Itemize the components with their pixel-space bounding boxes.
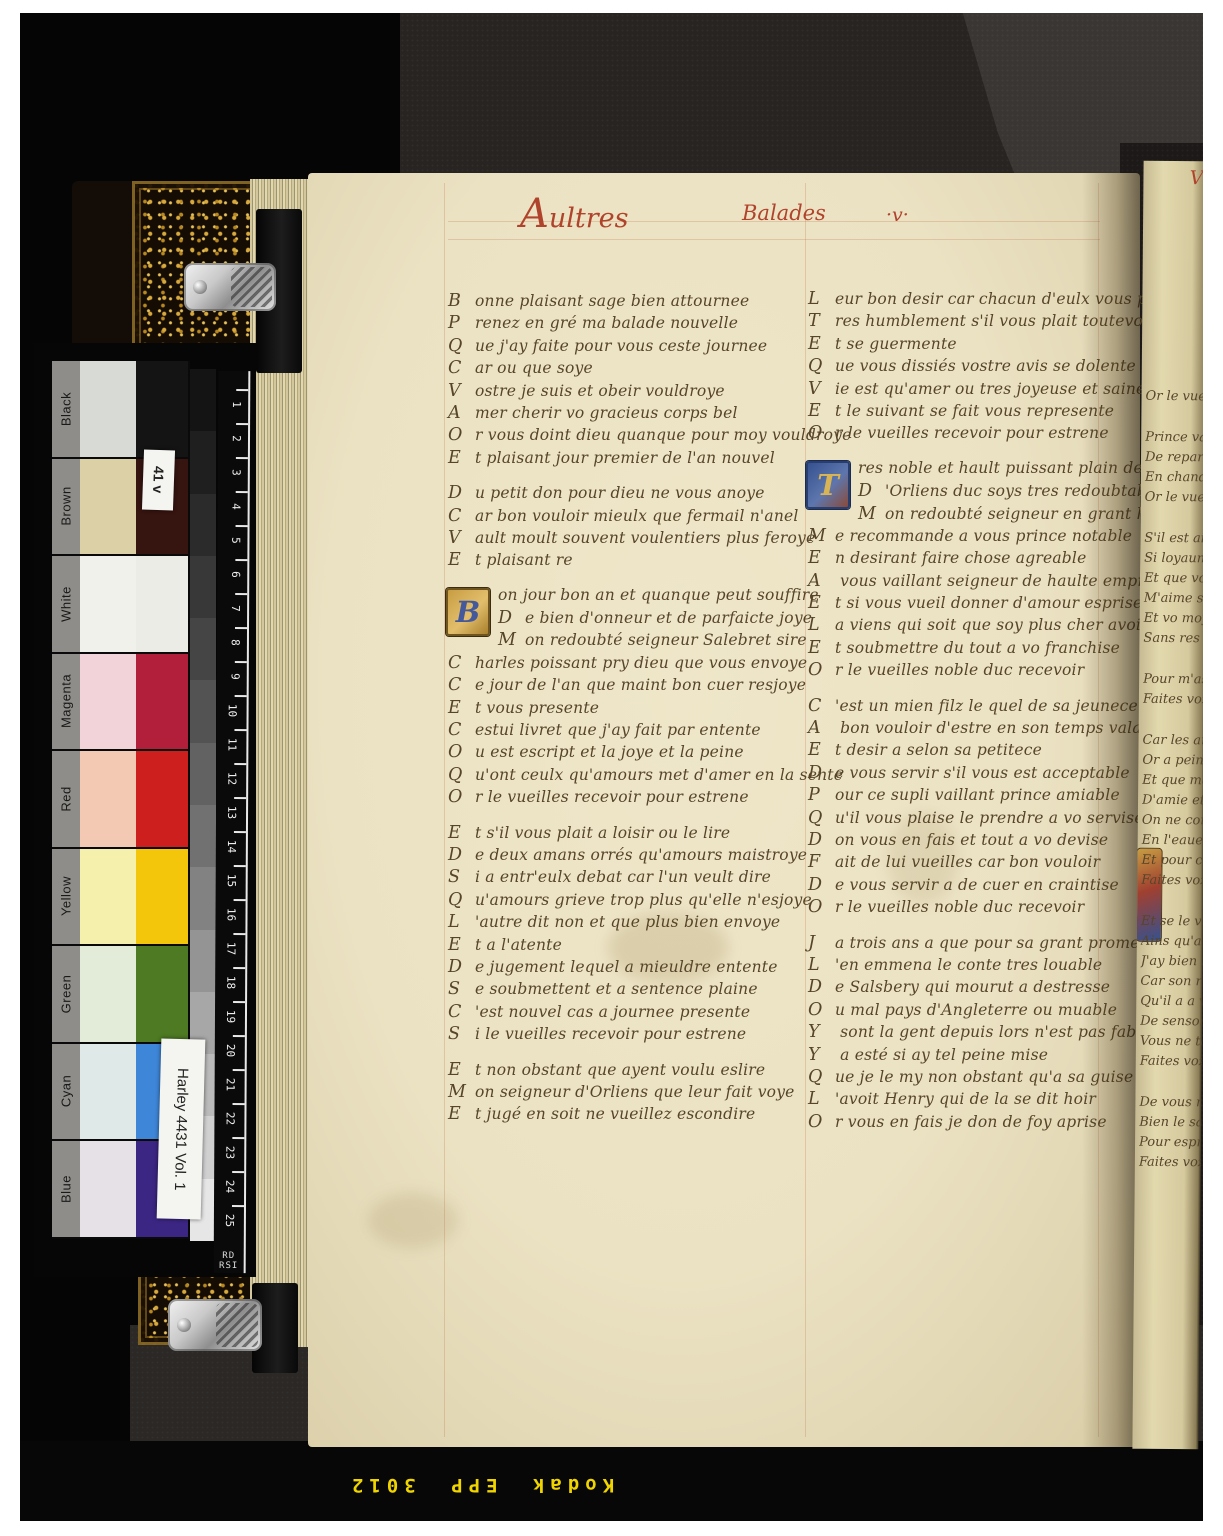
facing-line: J'ay bien raison — [1141, 954, 1203, 975]
ruler-segment: 25 — [214, 1205, 244, 1239]
line-initial: O — [808, 1112, 835, 1132]
ruler-segment: 10 — [216, 695, 246, 729]
ruler-number: 20 — [224, 1044, 237, 1057]
line-initial: E — [808, 638, 835, 658]
line-text: e deux amans orrés qu'amours maistroye — [475, 846, 807, 864]
ruler-number: 12 — [225, 772, 238, 785]
line-text: u'amours grieve trop plus qu'elle n'esjo… — [475, 891, 812, 909]
line-text: i le vueilles recevoir pour estrene — [475, 1025, 746, 1043]
color-chart-row: Yellow — [52, 849, 190, 945]
color-chart-label-cell: Brown — [52, 459, 80, 555]
line-text: t le suivant se fait vous represente — [835, 402, 1114, 420]
grayscale-step — [190, 930, 216, 992]
line-initial: L — [448, 912, 475, 932]
color-patch-tint — [80, 459, 136, 555]
grayscale-step — [190, 369, 216, 431]
line-initial: O — [448, 742, 475, 762]
line-text: 'est nouvel cas a journee presente — [475, 1003, 750, 1021]
film-stock-label: Kodak EPP 3012 — [320, 1460, 640, 1496]
ruler-tick — [233, 1103, 245, 1105]
line-text: r vous en fais je don de foy aprise — [835, 1113, 1107, 1131]
color-patch-tint — [80, 946, 136, 1042]
ruler-segment: 23 — [214, 1137, 244, 1171]
color-chart-row: Green — [52, 946, 190, 1042]
line-initial: D — [808, 977, 835, 997]
ruler-number: 23 — [223, 1146, 236, 1159]
line-initial: D — [448, 483, 475, 503]
facing-line: Car son renom d — [1140, 974, 1203, 995]
line-initial: T — [808, 311, 835, 331]
grayscale-step — [190, 805, 216, 867]
facing-line: M'aime si fort et — [1144, 591, 1203, 612]
manuscript-line: Que j'ay faite pour vous ceste journee — [448, 336, 818, 358]
color-chart-label-cell: Blue — [52, 1141, 80, 1237]
manuscript-line: Et a l'atente — [448, 935, 818, 957]
line-initial: L — [808, 289, 835, 309]
ruler-tick — [236, 423, 248, 425]
facing-line: Faites voz fais — [1139, 1155, 1203, 1176]
ruler-number: 13 — [225, 806, 238, 819]
color-chart-label: Red — [59, 786, 74, 811]
ruler-number: 7 — [229, 605, 242, 612]
color-chart-label: Green — [59, 974, 74, 1013]
line-text: our ce supli vaillant prince amiable — [835, 786, 1120, 804]
facing-line: Et vo moy sans p — [1144, 611, 1203, 632]
color-chart-label-cell: Black — [52, 361, 80, 457]
color-patch-solid — [136, 654, 188, 750]
line-initial: E — [808, 401, 835, 421]
line-initial: C — [448, 506, 475, 526]
ruler-tick — [234, 797, 246, 799]
line-text: t plaisant re — [475, 551, 573, 569]
line-initial: V — [448, 381, 475, 401]
ruler-segment: 4 — [218, 491, 248, 525]
facing-line: Pour m'asseurer — [1143, 672, 1203, 693]
ruler-tick — [236, 457, 248, 459]
line-text: estui livret que j'ay fait par entente — [475, 721, 761, 739]
line-initial: L — [808, 615, 835, 635]
color-patch-tint — [80, 361, 136, 457]
line-initial: S — [448, 979, 475, 999]
ruler-tick — [234, 865, 246, 867]
color-chart-row: Red — [52, 751, 190, 847]
ruler-number: 3 — [230, 469, 243, 476]
ruler: 1234567891011121314151617181920212223242… — [214, 371, 251, 1273]
manuscript-line: Cestui livret que j'ay fait par entente — [448, 720, 818, 742]
ruler-tick — [233, 1069, 245, 1071]
folio-number-text: 41 v — [150, 466, 167, 494]
line-text: ar bon vouloir mieulx que fermail n'anel — [475, 507, 799, 525]
line-initial: C — [448, 653, 475, 673]
facing-line: On ne congnoit — [1142, 813, 1203, 834]
manuscript-line: Charles poissant pry dieu que vous envoy… — [448, 653, 818, 675]
line-text: n desirant faire chose agreable — [835, 549, 1086, 567]
line-initial: D — [448, 845, 475, 865]
ruler-tick — [235, 627, 247, 629]
facing-page-edge: V Or le vueilles recPrince vaillant qDe … — [1132, 161, 1203, 1450]
facing-stanza: Car les amans fOr a peine non obEt que m… — [1141, 733, 1203, 894]
color-chart-row: White — [52, 556, 190, 652]
ruler-segment: 17 — [215, 933, 245, 967]
grayscale-step — [190, 556, 216, 618]
color-chart-label: Magenta — [59, 674, 74, 728]
line-initial: D — [448, 957, 475, 977]
ruler-tick — [232, 1137, 244, 1139]
line-initial: O — [448, 425, 475, 445]
line-text: e soubmettent et a sentence plaine — [475, 980, 758, 998]
book-cover-edge — [72, 181, 138, 361]
color-chart-row: Magenta — [52, 654, 190, 750]
line-initial: E — [448, 935, 475, 955]
facing-line: Pour esprouver — [1139, 1135, 1203, 1156]
line-initial: L — [808, 1089, 835, 1109]
line-initial: E — [808, 593, 835, 613]
ruler-segment: 3 — [218, 457, 248, 491]
manuscript-line: Qu'amours grieve trop plus qu'elle n'esj… — [448, 890, 818, 912]
facing-page-lines: Or le vueilles recPrince vaillant qDe re… — [1139, 389, 1203, 1197]
manuscript-line: Et plaisant re — [448, 550, 818, 572]
ruler-segment: 11 — [216, 729, 246, 763]
line-text: t desir a selon sa petitece — [835, 741, 1042, 759]
facing-line: Faites voz fais a — [1141, 873, 1203, 894]
line-text: mer cherir vo gracieus corps bel — [475, 404, 738, 422]
ruler-segment: 24 — [214, 1171, 244, 1205]
ruling-line-horizontal — [448, 239, 1100, 240]
stanza: Et s'il vous plait a loisir ou le lireDe… — [448, 823, 818, 1047]
photo-mount: Kodak EPP 3012 BlackBrownWhiteMagentaRed… — [0, 0, 1223, 1536]
facing-line: Or le vueilles rec — [1145, 389, 1203, 410]
ruler-tick — [234, 831, 246, 833]
photo-area: Kodak EPP 3012 BlackBrownWhiteMagentaRed… — [20, 13, 1203, 1521]
line-text: 'en emmena le conte tres louable — [835, 956, 1102, 974]
grayscale-step — [190, 618, 216, 680]
manuscript-page: Aultres Balades ·v· Bonne plaisant sage … — [308, 173, 1140, 1447]
ruling-line-vertical — [444, 183, 445, 1437]
illuminated-initial: T — [806, 461, 850, 509]
ruler-tick — [232, 1205, 244, 1207]
ruler-tick — [235, 695, 247, 697]
line-text: 'avoit Henry qui de la se dit hoir — [835, 1090, 1096, 1108]
ruler-segment: 7 — [217, 593, 247, 627]
ruler-tick — [234, 729, 246, 731]
line-initial: E — [808, 334, 835, 354]
line-text: ault moult souvent voulentiers plus fero… — [475, 529, 815, 547]
facing-page-rubric-mark: V — [1190, 167, 1203, 189]
line-text: t plaisant jour premier de l'an nouvel — [475, 449, 775, 467]
color-chart-label-cell: Red — [52, 751, 80, 847]
line-initial: Q — [808, 356, 835, 376]
facing-line: Et que mainte d — [1142, 773, 1203, 794]
line-text: e jour de l'an que maint bon cuer resjoy… — [475, 676, 806, 694]
line-initial: Q — [448, 336, 475, 356]
line-text: on jour bon an et quanque peut souffire — [498, 586, 819, 604]
manuscript-line: Si a entr'eulx debat car l'un veult dire — [448, 867, 818, 889]
color-patch-tint — [80, 1044, 136, 1140]
facing-stanza: Pour m'asseurerFaites voz fais a — [1143, 672, 1203, 713]
line-text: on seigneur d'Orliens que leur fait voye — [475, 1083, 795, 1101]
ruler-segment: 2 — [218, 423, 248, 457]
illuminated-initial: B — [446, 588, 490, 636]
line-initial: M — [808, 526, 835, 546]
line-text: r le vueilles noble duc recevoir — [835, 661, 1084, 679]
facing-line: En l'eaue faulse c — [1142, 833, 1203, 854]
color-chart-label: Black — [59, 392, 74, 426]
ruler-segment: 16 — [215, 899, 245, 933]
facing-line: Sans res semble — [1143, 631, 1203, 652]
line-text: harles poissant pry dieu que vous envoye — [475, 654, 807, 672]
manuscript-line: Or vous doint dieu quanque pour moy voul… — [448, 425, 818, 447]
stanza: Et non obstant que ayent voulu eslireMon… — [448, 1060, 818, 1127]
ruler-number: 16 — [224, 908, 237, 921]
color-patch-solid — [136, 556, 188, 652]
ruler-tick — [233, 1001, 245, 1003]
ruler-number: 9 — [229, 673, 242, 680]
line-text: t jugé en soit ne vueillez escondire — [475, 1105, 755, 1123]
manuscript-line: on jour bon an et quanque peut souffire — [448, 586, 818, 608]
ruler-number: 4 — [230, 503, 243, 510]
gutter-shadow — [1082, 173, 1140, 1447]
ruler-number: 25 — [223, 1214, 236, 1227]
grayscale-step — [190, 743, 216, 805]
color-chart-row: Black — [52, 361, 190, 457]
ruler-number: 21 — [223, 1078, 236, 1091]
line-initial: E — [808, 548, 835, 568]
ruler-number: 1 — [230, 401, 243, 408]
ruler-number: 22 — [223, 1112, 236, 1125]
line-text: t vous presente — [475, 699, 599, 717]
shelfmark-sticker: Harley 4431 Vol. 1 — [157, 1038, 206, 1219]
color-patch-solid — [136, 849, 188, 945]
folio-number-sticker: 41 v — [142, 449, 175, 510]
ruler-segment: 9 — [217, 661, 247, 695]
manuscript-line: Et non obstant que ayent voulu eslire — [448, 1060, 818, 1082]
line-initial: Y — [808, 1022, 835, 1042]
manuscript-line: Ce jour de l'an que maint bon cuer resjo… — [448, 675, 818, 697]
grayscale-step — [190, 680, 216, 742]
line-initial: O — [808, 660, 835, 680]
metal-clip-bottom — [168, 1299, 262, 1351]
color-chart-label-cell: Cyan — [52, 1044, 80, 1140]
manuscript-line: Vault moult souvent voulentiers plus fer… — [448, 528, 818, 550]
line-initial: D — [858, 481, 885, 501]
manuscript-line: Vostre je suis et obeir vouldroye — [448, 381, 818, 403]
manuscript-line: Et vous presente — [448, 698, 818, 720]
color-patch-tint — [80, 1141, 136, 1237]
grayscale-step — [190, 867, 216, 929]
line-initial: M — [858, 504, 885, 524]
color-patch-solid — [136, 361, 188, 457]
facing-line: Et se le vueil estr — [1141, 914, 1203, 935]
color-chart-label: White — [59, 586, 74, 622]
grayscale-step — [190, 494, 216, 556]
ruler-segment: 20 — [215, 1035, 245, 1069]
manuscript-line: Mon redoubté seigneur Salebret sire — [448, 630, 818, 652]
line-initial: D — [808, 830, 835, 850]
ruler-segment: 6 — [217, 559, 247, 593]
facing-line: En chandon ou d — [1145, 470, 1203, 491]
line-initial: C — [448, 720, 475, 740]
ruler-tick — [233, 933, 245, 935]
line-initial: C — [448, 675, 475, 695]
line-initial: E — [448, 1104, 475, 1124]
ruler-tick — [236, 389, 248, 391]
line-text: e jugement lequel a mieuldre entente — [475, 958, 778, 976]
line-initial: M — [448, 1082, 475, 1102]
grayscale-step — [190, 431, 216, 493]
facing-stanza: De vous mainez nBien le savez saPour esp… — [1139, 1095, 1203, 1176]
facing-line: Or a peine non ob — [1142, 753, 1203, 774]
ruler-number: 24 — [223, 1180, 236, 1193]
line-initial: O — [808, 1000, 835, 1020]
ruler-tick — [236, 525, 248, 527]
line-initial: Y — [808, 1045, 835, 1065]
manuscript-line: Et jugé en soit ne vueillez escondire — [448, 1104, 818, 1126]
manuscript-line: Car bon vouloir mieulx que fermail n'ane… — [448, 506, 818, 528]
line-initial: A — [808, 571, 835, 591]
line-text: renez en gré ma balade nouvelle — [475, 314, 738, 332]
manuscript-line: Si le vueilles recevoir pour estrene — [448, 1024, 818, 1046]
line-text: e Salsbery qui mourut a destresse — [835, 978, 1110, 996]
line-initial: E — [808, 740, 835, 760]
running-title-subsection: Balades — [742, 201, 826, 225]
color-chart-label: Cyan — [59, 1075, 74, 1107]
ruler-segment: 5 — [217, 525, 247, 559]
ruler-segment: 18 — [215, 967, 245, 1001]
facing-line: Si loyaument — [1144, 551, 1203, 572]
line-initial: E — [448, 698, 475, 718]
ruler-tick — [234, 763, 246, 765]
manuscript-line: De bien d'onneur et de parfaicte joye — [448, 608, 818, 630]
color-chart-label: Brown — [59, 487, 74, 526]
manuscript-line: Car ou que soye — [448, 358, 818, 380]
facing-line: Ains qu'a ami d — [1141, 934, 1203, 955]
stanza: Du petit don pour dieu ne vous anoyeCar … — [448, 483, 818, 573]
color-patch-tint — [80, 751, 136, 847]
line-text: ar ou que soye — [475, 359, 593, 377]
facing-line: Or le vueilles re — [1145, 490, 1203, 511]
line-initial: P — [808, 785, 835, 805]
facing-stanza: Or le vueilles rec — [1145, 389, 1203, 410]
stanza: Bon jour bon an et quanque peut souffire… — [448, 586, 818, 810]
ruler-number: 8 — [229, 639, 242, 646]
facing-stanza: Prince vaillant qDe reparer je neEn chan… — [1145, 430, 1203, 511]
color-patch-tint — [80, 849, 136, 945]
manuscript-line: Et s'il vous plait a loisir ou le lire — [448, 823, 818, 845]
line-text: u petit don pour dieu ne vous anoye — [475, 484, 765, 502]
ruler-tick — [233, 967, 245, 969]
ruler-footer-label: RD RSI — [214, 1251, 244, 1271]
line-initial: Q — [808, 1067, 835, 1087]
line-text: on vous en fais et tout a vo devise — [835, 831, 1108, 849]
ruler-number: 14 — [225, 840, 238, 853]
line-initial: P — [448, 313, 475, 333]
line-initial: E — [448, 823, 475, 843]
facing-line: De senson faiz q — [1140, 1014, 1203, 1035]
ruler-number: 5 — [230, 537, 243, 544]
line-text: a esté si ay tel peine mise — [835, 1046, 1048, 1064]
line-initial: V — [808, 379, 835, 399]
line-text: r le vueilles noble duc recevoir — [835, 898, 1084, 916]
ruler-tick — [233, 1035, 245, 1037]
manuscript-line: C'est nouvel cas a journee presente — [448, 1002, 818, 1024]
line-initial: E — [448, 448, 475, 468]
color-chart-label-cell: Green — [52, 946, 80, 1042]
ruler-number: 17 — [224, 942, 237, 955]
color-chart-label: Blue — [59, 1175, 74, 1203]
facing-line: Faites voz fais a — [1143, 692, 1203, 713]
manuscript-line: Or le vueilles recevoir pour estrene — [448, 787, 818, 809]
ruler-segment: 1 — [218, 389, 248, 423]
line-initial: Q — [448, 890, 475, 910]
line-initial: F — [808, 852, 835, 872]
line-initial: S — [448, 1024, 475, 1044]
line-text: u'ont ceulx qu'amours met d'amer en la s… — [475, 766, 843, 784]
facing-line: D'amie et amoure — [1142, 793, 1203, 814]
ruler-tick — [232, 1171, 244, 1173]
line-initial: Q — [448, 765, 475, 785]
line-initial: B — [448, 291, 475, 311]
line-initial: V — [448, 528, 475, 548]
line-initial: C — [448, 1002, 475, 1022]
manuscript-line: Bonne plaisant sage bien attournee — [448, 291, 818, 313]
line-initial: O — [448, 787, 475, 807]
line-initial: Q — [808, 808, 835, 828]
line-initial: O — [808, 423, 835, 443]
facing-line: De vous mainez n — [1139, 1095, 1203, 1116]
line-initial: C — [808, 696, 835, 716]
line-text: t se guermente — [835, 335, 957, 353]
line-initial: A — [448, 403, 475, 423]
line-text: t non obstant que ayent voulu eslire — [475, 1061, 765, 1079]
ruler-number: 18 — [224, 976, 237, 989]
ruler-segment: 22 — [214, 1103, 244, 1137]
ruler-segment: 12 — [216, 763, 246, 797]
metal-clip-top — [184, 263, 276, 311]
ruler-number: 2 — [230, 435, 243, 442]
running-title-section: Aultres — [520, 191, 629, 237]
ruler-scale: 1234567891011121314151617181920212223242… — [214, 389, 248, 1239]
ruler-number: 19 — [224, 1010, 237, 1023]
manuscript-line: Du petit don pour dieu ne vous anoye — [448, 483, 818, 505]
color-chart-label-cell: Magenta — [52, 654, 80, 750]
ruler-number: 15 — [225, 874, 238, 887]
stanza: Bonne plaisant sage bien attourneePrenez… — [448, 291, 818, 470]
manuscript-line: Prenez en gré ma balade nouvelle — [448, 313, 818, 335]
ruler-segment: 19 — [215, 1001, 245, 1035]
line-initial: E — [448, 550, 475, 570]
line-text: ue j'ay faite pour vous ceste journee — [475, 337, 767, 355]
line-text: t soubmettre du tout a vo franchise — [835, 639, 1120, 657]
ruler-tick — [235, 559, 247, 561]
ruler-number: 11 — [225, 738, 238, 751]
line-text: e bien d'onneur et de parfaicte joye — [525, 609, 812, 627]
manuscript-line: L'autre dit non et que plus bien envoye — [448, 912, 818, 934]
manuscript-line: Mon seigneur d'Orliens que leur fait voy… — [448, 1082, 818, 1104]
line-initial: D — [808, 875, 835, 895]
manuscript-line: De deux amans orrés qu'amours maistroye — [448, 845, 818, 867]
ruler-segment: 13 — [216, 797, 246, 831]
facing-line: Et pour ce affin q — [1141, 853, 1203, 874]
line-text: on redoubté seigneur Salebret sire — [525, 631, 807, 649]
line-text: u mal pays d'Angleterre ou muable — [835, 1001, 1117, 1019]
line-initial: D — [498, 608, 525, 628]
facing-line: Et que vo cuer d — [1144, 571, 1203, 592]
line-text: i a entr'eulx debat car l'un veult dire — [475, 868, 771, 886]
line-text: e vous servir a de cuer en craintise — [835, 876, 1119, 894]
shelfmark-text: Harley 4431 Vol. 1 — [171, 1068, 191, 1191]
line-text: r le vueilles recevoir pour estrene — [835, 424, 1109, 442]
ruler-tick — [235, 661, 247, 663]
